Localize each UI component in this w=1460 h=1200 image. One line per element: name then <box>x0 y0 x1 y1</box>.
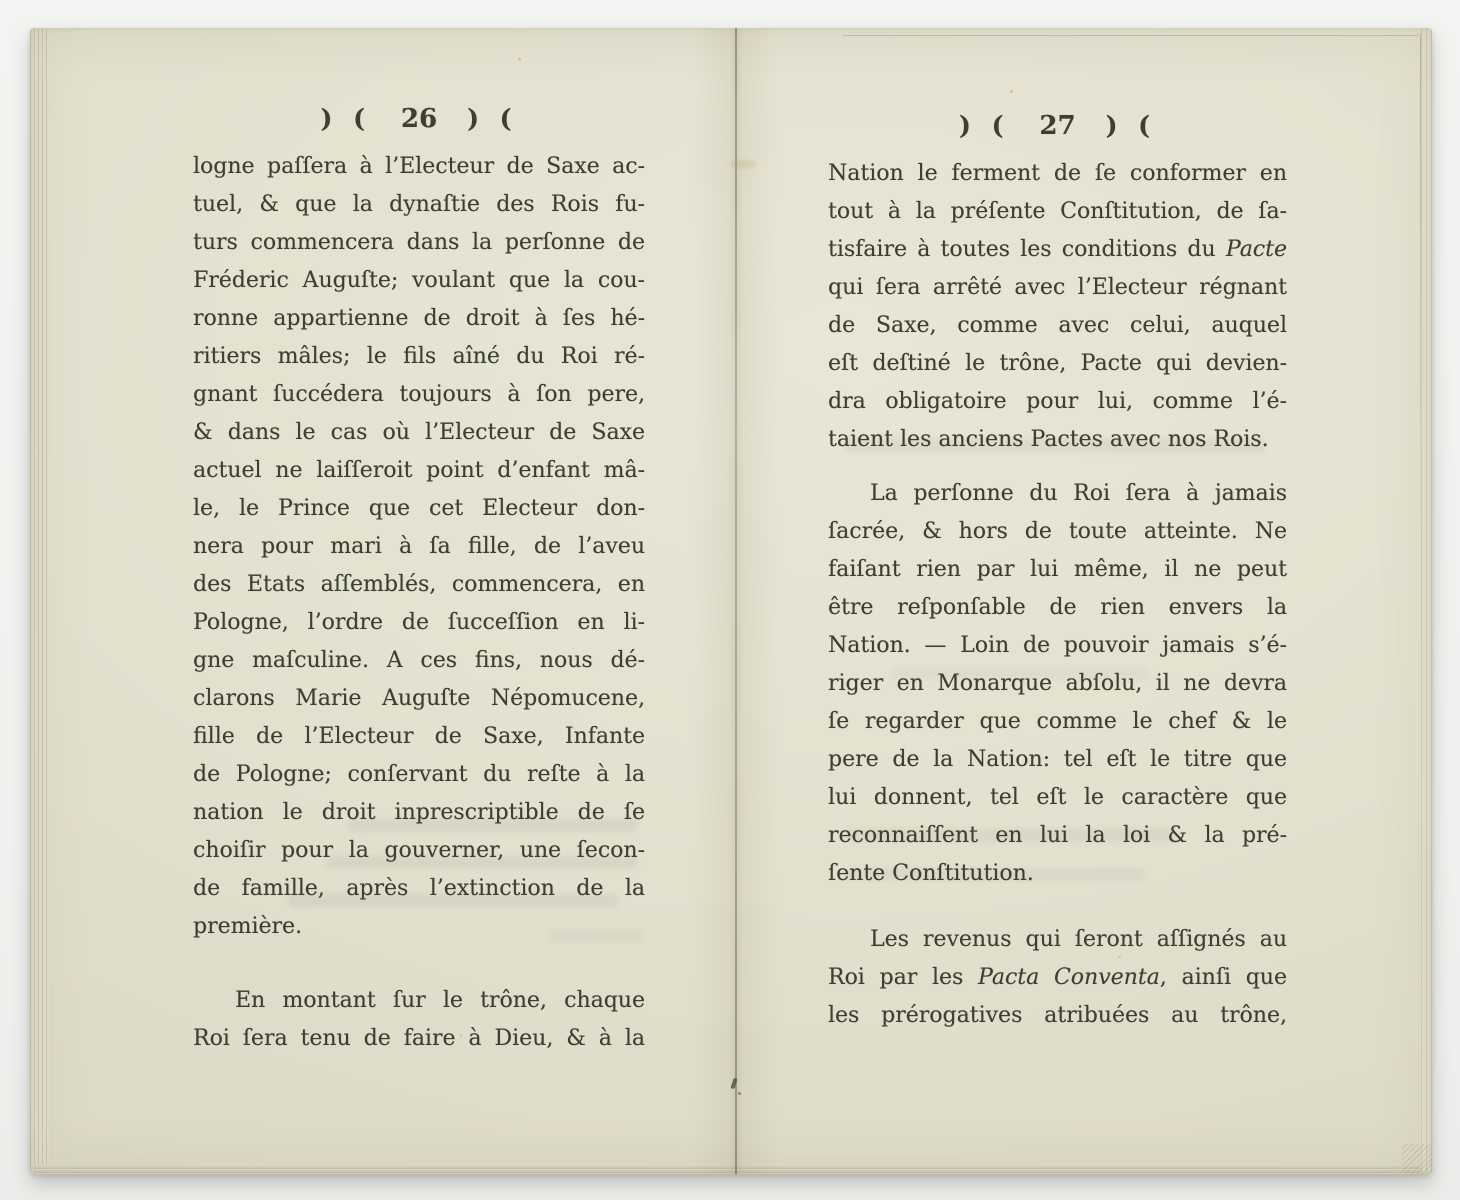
page-27-header: ) ( 27 ) ( <box>828 107 1287 147</box>
text-line: reconnaiſſent en lui la loi & la pré- <box>828 817 1287 855</box>
text-line: gnant ſuccédera toujours à ſon pere, <box>193 376 645 414</box>
text-line: ronne appartienne de droit à ſes hé- <box>193 300 645 338</box>
paper-smudge <box>730 160 756 169</box>
page-edges-left <box>30 28 49 1174</box>
sheet-edge-line-top <box>843 35 1418 36</box>
page-27: ) ( 27 ) ( Nation le ferment de ſe confo… <box>828 107 1287 1035</box>
page-number: 26 <box>401 100 437 138</box>
text-line: Les revenus qui ſeront aſſignés au <box>828 921 1287 959</box>
page-27-body: Nation le ferment de ſe conformer entout… <box>828 155 1287 1035</box>
text-line: taient les anciens Pactes avec nos Rois. <box>828 421 1287 459</box>
page-26-body: logne paſſera à l’Electeur de Saxe ac-tu… <box>193 148 645 1058</box>
text-line: faiſant rien par lui même, il ne peut <box>828 551 1287 589</box>
text-line: Roi ſera tenu de faire à Dieu, & à la <box>193 1020 645 1058</box>
ink-dot <box>738 1092 741 1095</box>
scanned-book-photo: ) ( 26 ) ( logne paſſera à l’Electeur de… <box>0 0 1460 1200</box>
paragraph: En montant ſur le trône, chaqueRoi ſera … <box>193 982 645 1058</box>
text-line: ſacrée, & hors de toute atteinte. Ne <box>828 513 1287 551</box>
text-line: fille de l’Electeur de Saxe, Infante <box>193 718 645 756</box>
paragraph: La perſonne du Roi ſera à jamaisſacrée, … <box>828 475 1287 893</box>
page-26: ) ( 26 ) ( logne paſſera à l’Electeur de… <box>193 100 645 1058</box>
page-26-header: ) ( 26 ) ( <box>193 100 645 140</box>
paragraph: Les revenus qui ſeront aſſignés auRoi pa… <box>828 921 1287 1035</box>
text-line: Nation le ferment de ſe conformer en <box>828 155 1287 193</box>
text-line: turs commencera dans la perſonne de <box>193 224 645 262</box>
text-line: clarons Marie Auguſte Népomucene, <box>193 680 645 718</box>
text-line: & dans le cas où l’Electeur de Saxe <box>193 414 645 452</box>
foxing-speck <box>518 58 521 60</box>
text-line: première. <box>193 908 645 946</box>
text-line: tisfaire à toutes les conditions du Pact… <box>828 231 1287 269</box>
text-line: tuel, & que la dynaſtie des Rois fu- <box>193 186 645 224</box>
text-line: choiſir pour la gouverner, une ſecon- <box>193 832 645 870</box>
text-line: des Etats aſſemblés, commencera, en <box>193 566 645 604</box>
text-line: ritiers mâles; le fils aîné du Roi ré- <box>193 338 645 376</box>
text-line: riger en Monarque abſolu, il ne devra <box>828 665 1287 703</box>
text-line: dra obligatoire pour lui, comme l’é- <box>828 383 1287 421</box>
text-line: actuel ne laiſſeroit point d’enfant mâ- <box>193 452 645 490</box>
open-book: ) ( 26 ) ( logne paſſera à l’Electeur de… <box>30 28 1432 1174</box>
text-line: logne paſſera à l’Electeur de Saxe ac- <box>193 148 645 186</box>
text-line: Pologne, l’ordre de ſucceſſion en li- <box>193 604 645 642</box>
text-line: pere de la Nation: tel eſt le titre que <box>828 741 1287 779</box>
book-gutter <box>735 28 737 1174</box>
text-line: nation le droit inprescriptible de ſe <box>193 794 645 832</box>
fanned-corner <box>1402 1144 1432 1174</box>
text-line: lui donnent, tel eſt le caractère que <box>828 779 1287 817</box>
paragraph: logne paſſera à l’Electeur de Saxe ac-tu… <box>193 148 645 946</box>
text-line: gne maſculine. A ces fins, nous dé- <box>193 642 645 680</box>
text-line: de Saxe, comme avec celui, auquel <box>828 307 1287 345</box>
text-line: le, le Prince que cet Electeur don- <box>193 490 645 528</box>
text-line: ſe regarder que comme le chef & le <box>828 703 1287 741</box>
text-line: nera pour mari à ſa fille, de l’aveu <box>193 528 645 566</box>
header-ornament-right: ) ( <box>1106 107 1156 145</box>
text-line: qui ſera arrêté avec l’Electeur régnant <box>828 269 1287 307</box>
text-line: En montant ſur le trône, chaque <box>193 982 645 1020</box>
text-line: Nation. — Loin de pouvoir jamais s’é- <box>828 627 1287 665</box>
text-line: être reſponſable de rien envers la <box>828 589 1287 627</box>
header-ornament-left: ) ( <box>959 107 1009 145</box>
header-ornament-right: ) ( <box>467 100 517 138</box>
header-ornament-left: ) ( <box>321 100 371 138</box>
text-line: les prérogatives atribuées au trône, <box>828 997 1287 1035</box>
paragraph: Nation le ferment de ſe conformer entout… <box>828 155 1287 459</box>
sheet-edge-line <box>1420 34 1421 554</box>
page-number: 27 <box>1039 107 1075 145</box>
text-line: La perſonne du Roi ſera à jamais <box>828 475 1287 513</box>
foxing-speck <box>1010 90 1013 93</box>
page-edges-right <box>1420 28 1432 1174</box>
text-line: de Pologne; conſervant du reſte à la <box>193 756 645 794</box>
text-line: ſente Conſtitution. <box>828 855 1287 893</box>
text-line: Roi par les Pacta Conventa, ainſi que <box>828 959 1287 997</box>
text-line: Fréderic Auguſte; voulant que la cou- <box>193 262 645 300</box>
text-line: eſt deſtiné le trône, Pacte qui devien- <box>828 345 1287 383</box>
text-line: de famille, après l’extinction de la <box>193 870 645 908</box>
text-line: tout à la préſente Conſtitution, de ſa- <box>828 193 1287 231</box>
